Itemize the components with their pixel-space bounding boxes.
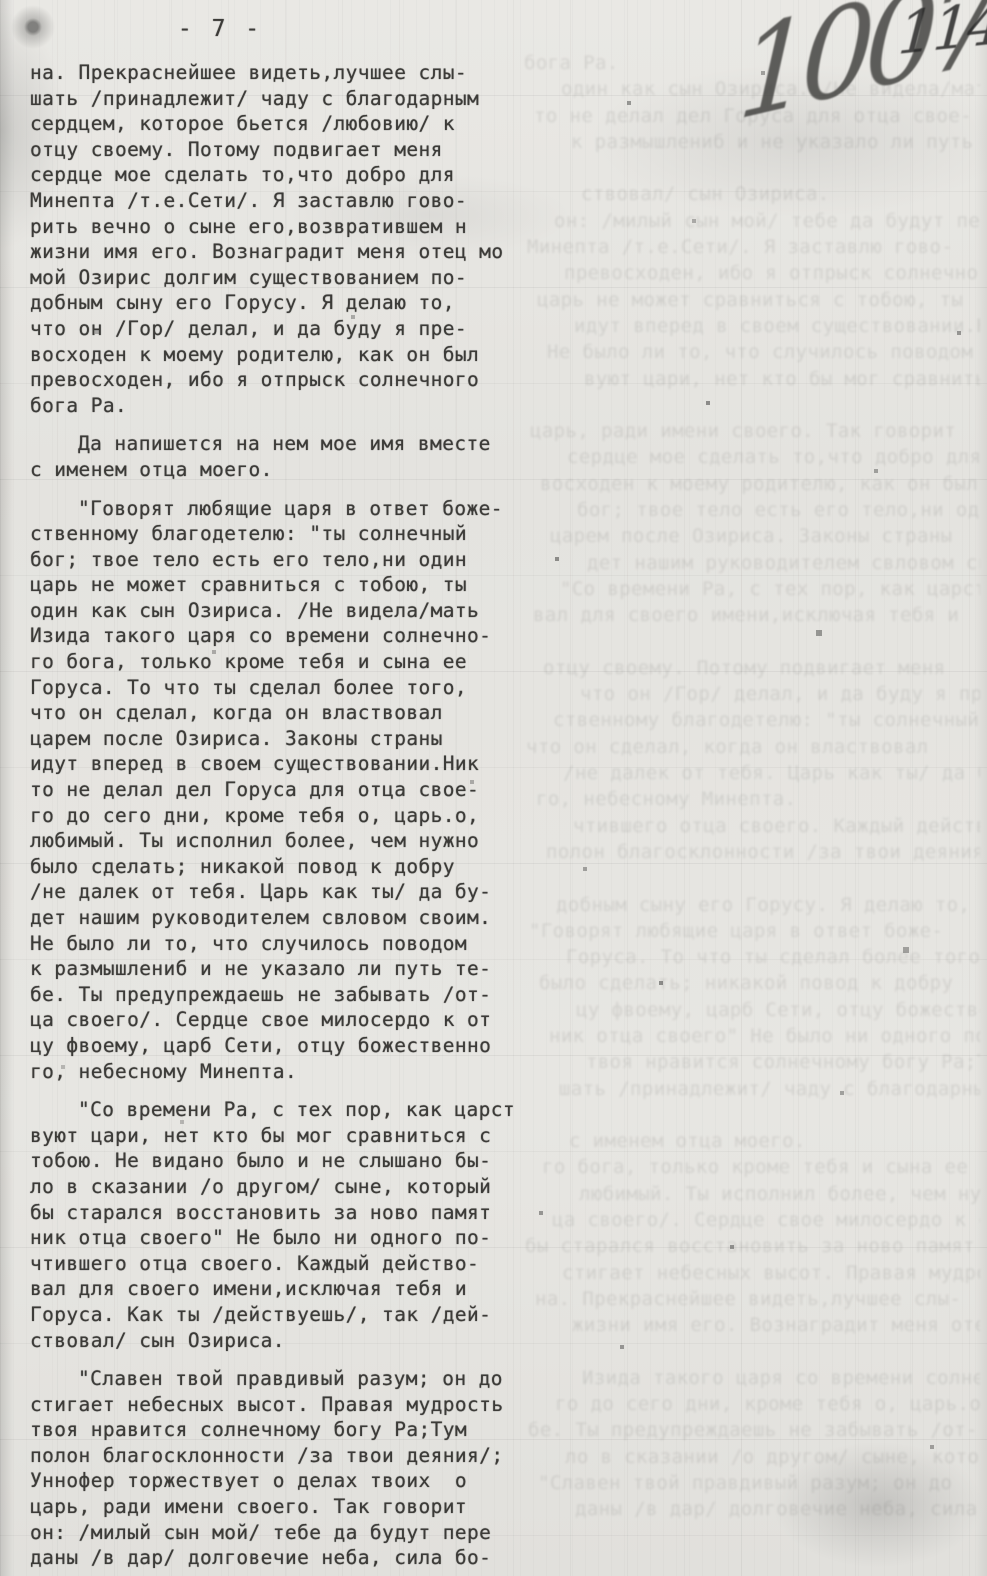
bleedthrough-line: отцу своему. Потому подвигает меня <box>524 655 980 681</box>
bleedthrough-line: Не было ли то, что случилось поводом <box>524 339 980 365</box>
bleedthrough-line: бы старался восстановить за ново памят <box>524 1233 980 1259</box>
text-line: "Говорят любящие царя в ответ боже- <box>30 496 570 522</box>
text-line: превосходен, ибо я отпрыск солнечного <box>30 367 570 393</box>
bleedthrough-line: /не далек от тебя. Царь как ты/ да бу- <box>524 760 980 786</box>
text-line: что он сделал, когда он властвовал <box>30 700 570 726</box>
text-line: сердце мое сделать то,что добро для <box>30 162 570 188</box>
bleedthrough-line: бе. Ты предупреждаешь не забывать /от- <box>524 1417 980 1443</box>
bleedthrough-line <box>524 392 980 418</box>
bleedthrough-line: царем после Озириса. Законы страны <box>524 523 980 549</box>
text-line: /не далек от тебя. Царь как ты/ да бу- <box>30 879 570 905</box>
text-line: Да напишется на нем мое имя вместе <box>30 431 570 457</box>
bleedthrough-line: жизни имя его. Вознаградит меня отец мо <box>524 1312 980 1338</box>
text-line: с именем отца моего. <box>30 457 570 483</box>
text-line: "Со времени Ра, с тех пор, как царст <box>30 1097 570 1123</box>
text-line: Не было ли то, что случилось поводом <box>30 931 570 957</box>
text-line: на. Прекраснейшее видеть,лучшее слы- <box>30 60 570 86</box>
handwritten-corner-number: 114 <box>896 0 987 68</box>
bleedthrough-line: "Со времени Ра, с тех пор, как царст <box>524 576 980 602</box>
bleedthrough-line: вал для своего имени,исключая тебя и <box>524 602 980 628</box>
bleedthrough-line: ник отца своего" Не было ни одного по- <box>524 1023 980 1049</box>
bleedthrough-line: полон благосклонности /за твои деяния/; <box>524 839 980 865</box>
bleedthrough-line: на. Прекраснейшее видеть,лучшее слы- <box>524 1286 980 1312</box>
text-line: ствовал/ сын Озириса. <box>30 1328 570 1354</box>
text-line: тобою. Не видано было и не слышано бы- <box>30 1148 570 1174</box>
bleedthrough-line: твоя нравится солнечному богу Ра;Тум <box>524 1049 980 1075</box>
bleedthrough-line: что он /Гор/ делал, и да буду я пре- <box>524 681 980 707</box>
text-line: рить вечно о сыне его,возвратившем н <box>30 214 570 240</box>
bleedthrough-line: ца своего/. Сердце свое милосердо к от <box>524 1207 980 1233</box>
text-line: добным сыну его Горусу. Я делаю то, <box>30 290 570 316</box>
bleedthrough-line: Горуса. То что ты сделал более того, <box>524 944 980 970</box>
text-line: бог; твое тело есть его тело,ни один <box>30 547 570 573</box>
text-line: "Славен твой правдивый разум; он до <box>30 1366 570 1392</box>
bleedthrough-line: ло в сказании /о другом/ сыне, который <box>524 1444 980 1470</box>
text-line: го бога, только кроме тебя и сына ее <box>30 649 570 675</box>
text-line: чтившего отца своего. Каждый действо- <box>30 1251 570 1277</box>
bleedthrough-line: го до сего дни, кроме тебя о, царь.о, <box>524 1391 980 1417</box>
bleedthrough-line: дет нашим руководителем свловом своим. <box>524 550 980 576</box>
text-line: даны /в дар/ долговечие неба, сила бо- <box>30 1545 570 1571</box>
bleedthrough-line <box>524 629 980 655</box>
text-line: сердцем, которое бьется /любовию/ к <box>30 111 570 137</box>
text-line: полон благосклонности /за твои деяния/; <box>30 1443 570 1469</box>
bleedthrough-line: "Говорят любящие царя в ответ боже- <box>524 918 980 944</box>
bleedthrough-line: было сделать; никакой повод к добру <box>524 970 980 996</box>
page-number: - 7 - <box>160 16 280 42</box>
text-line: мой Озирис долгим существованием по- <box>30 265 570 291</box>
bleedthrough-line: Минепта /т.е.Сети/. Я заставлю гово- <box>524 234 980 260</box>
text-line: бога Ра. <box>30 393 570 419</box>
text-line: Горуса. Как ты /действуешь/, так /дей- <box>30 1302 570 1328</box>
bleedthrough-line: добным сыну его Горусу. Я делаю то, <box>524 892 980 918</box>
text-line: стигает небесных высот. Правая мудрость <box>30 1392 570 1418</box>
bleedthrough-line: цу фвоему, царб Сети, отцу божественно <box>524 997 980 1023</box>
text-line: он: /милый сын мой/ тебе да будут пере <box>30 1520 570 1546</box>
paragraph: Да напишется на нем мое имя вместес имен… <box>30 431 570 482</box>
text-line: дет нашим руководителем свловом своим. <box>30 905 570 931</box>
bleedthrough-line: ственному благодетелю: "ты солнечный <box>524 707 980 733</box>
text-line: Минепта /т.е.Сети/. Я заставлю гово- <box>30 188 570 214</box>
bleedthrough-line: Изида такого царя со времени солнечно- <box>524 1365 980 1391</box>
text-line: бе. Ты предупреждаешь не забывать /от- <box>30 982 570 1008</box>
paragraph: "Со времени Ра, с тех пор, как царствуют… <box>30 1097 570 1353</box>
bleedthrough-line: го, небесному Минепта. <box>524 786 980 812</box>
text-line: Горуса. То что ты сделал более того, <box>30 675 570 701</box>
text-line: один как сын Озириса. /Не видела/мать <box>30 598 570 624</box>
document-page: бога Ра.один как сын Озириса. /Не видела… <box>0 0 987 1576</box>
text-line: ственному благодетелю: "ты солнечный <box>30 521 570 547</box>
bleedthrough-line: восходен к моему родителю, как он был <box>524 471 980 497</box>
text-line: бы старался восстановить за ново памят <box>30 1200 570 1226</box>
text-line: царь не может сравниться с тобою, ты <box>30 572 570 598</box>
paragraph: "Говорят любящие царя в ответ боже-ствен… <box>30 496 570 1085</box>
text-line: что он /Гор/ делал, и да буду я пре- <box>30 316 570 342</box>
bleedthrough-text: бога Ра.один как сын Озириса. /Не видела… <box>524 50 980 1523</box>
typewritten-text: на. Прекраснейшее видеть,лучшее слы-шать… <box>30 60 570 1576</box>
bleedthrough-line: он: /милый сын мой/ тебе да будут пере <box>524 208 980 234</box>
text-line: царь, ради имени своего. Так говорит <box>30 1494 570 1520</box>
bleedthrough-line: царь, ради имени своего. Так говорит <box>524 418 980 444</box>
bleedthrough-line: любимый. Ты исполнил более, чем нужно <box>524 1181 980 1207</box>
bleedthrough-line: чтившего отца своего. Каждый действо- <box>524 813 980 839</box>
bleedthrough-line: превосходен, ибо я отпрыск солнечного <box>524 260 980 286</box>
text-line: шать /принадлежит/ чаду с благодарным <box>30 86 570 112</box>
text-line: идут вперед в своем существовании.Ник <box>30 751 570 777</box>
text-line: ник отца своего" Не было ни одного по- <box>30 1225 570 1251</box>
paragraph: "Славен твой правдивый разум; он достига… <box>30 1366 570 1571</box>
text-line: цу фвоему, царб Сети, отцу божественно <box>30 1033 570 1059</box>
text-line: твоя нравится солнечному богу Ра;Тум <box>30 1417 570 1443</box>
text-line: го, небесному Минепта. <box>30 1059 570 1085</box>
text-line: Изида такого царя со времени солнечно- <box>30 623 570 649</box>
paper-specks <box>0 0 2 2</box>
bleedthrough-line: ствовал/ сын Озириса. <box>524 181 980 207</box>
text-line: то не делал дел Горуса для отца свое- <box>30 777 570 803</box>
bleedthrough-line: вуют цари, нет кто бы мог сравниться с <box>524 366 980 392</box>
bleedthrough-line: даны /в дар/ долговечие неба, сила бо- <box>524 1496 980 1522</box>
bleedthrough-line: сердце мое сделать то,что добро для <box>524 444 980 470</box>
bleedthrough-line: бог; твое тело есть его тело,ни один <box>524 497 980 523</box>
text-line: ло в сказании /о другом/ сыне, который <box>30 1174 570 1200</box>
bleedthrough-line <box>524 865 980 891</box>
text-line: было сделать; никакой повод к добру <box>30 854 570 880</box>
text-line: ца своего/. Сердце свое милосердо к от <box>30 1007 570 1033</box>
bleedthrough-line <box>524 155 980 181</box>
bleedthrough-line <box>524 1339 980 1365</box>
paragraph: на. Прекраснейшее видеть,лучшее слы-шать… <box>30 60 570 418</box>
bleedthrough-line: шать /принадлежит/ чаду с благодарным <box>524 1076 980 1102</box>
bleedthrough-line: "Славен твой правдивый разум; он до <box>524 1470 980 1496</box>
bleedthrough-line <box>524 1102 980 1128</box>
text-line: любимый. Ты исполнил более, чем нужно <box>30 828 570 854</box>
bleedthrough-line: царь не может сравниться с тобою, ты <box>524 287 980 313</box>
bleedthrough-line: с именем отца моего. <box>524 1128 980 1154</box>
text-line: к размышлениб и не указало ли путь те- <box>30 956 570 982</box>
text-line: вуют цари, нет кто бы мог сравниться с <box>30 1123 570 1149</box>
text-line: отцу своему. Потому подвигает меня <box>30 137 570 163</box>
text-line: царем после Озириса. Законы страны <box>30 726 570 752</box>
text-line: го до сего дни, кроме тебя о, царь.о, <box>30 803 570 829</box>
bleedthrough-line: идут вперед в своем существовании.Ник <box>524 313 980 339</box>
text-line: Уннофер торжествует о делах твоих о <box>30 1468 570 1494</box>
bleedthrough-line: стигает небесных высот. Правая мудрость <box>524 1260 980 1286</box>
text-line: восходен к моему родителю, как он был <box>30 342 570 368</box>
bleedthrough-line: что он сделал, когда он властвовал <box>524 734 980 760</box>
text-line: жизни имя его. Вознаградит меня отец мо <box>30 239 570 265</box>
text-line: вал для своего имени,исключая тебя и <box>30 1276 570 1302</box>
bleedthrough-line: го бога, только кроме тебя и сына ее <box>524 1154 980 1180</box>
